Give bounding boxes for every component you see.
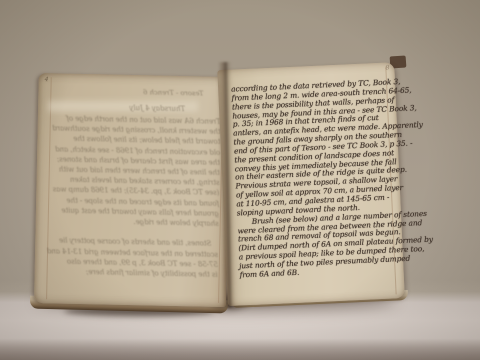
bleed-date-line: Thursday 4 July xyxy=(48,101,185,114)
handwritten-entry: according to the data retrieved by TC, B… xyxy=(231,78,399,280)
photo-open-notebook: 4 Tesoro - Trench 6 Thursday 4 July Tren… xyxy=(0,0,480,360)
bleed-through-writing: Tesoro - Trench 6 Thursday 4 July Trench… xyxy=(44,86,221,297)
bleed-body: Trench 6A was laid out on the north edge… xyxy=(45,113,221,280)
bleed-header: Tesoro - Trench 6 xyxy=(48,86,203,98)
page-number: 8 xyxy=(385,64,389,71)
right-page: 8 according to the data retrieved by TC,… xyxy=(217,62,405,306)
left-page: 4 Tesoro - Trench 6 Thursday 4 July Tren… xyxy=(34,73,231,307)
page-number: 4 xyxy=(45,76,49,83)
